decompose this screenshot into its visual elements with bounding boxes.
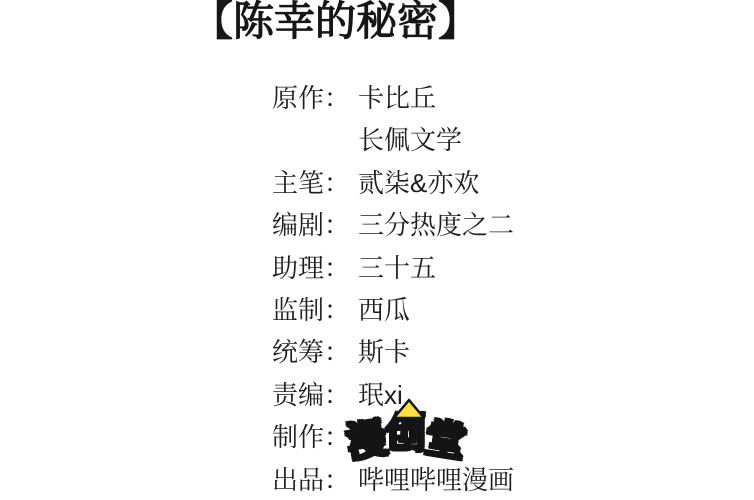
logo-roof-icon — [392, 398, 426, 420]
logo-text: 漫 创 堂 — [346, 415, 466, 457]
credit-value: 斯卡 — [358, 331, 410, 373]
colon-separator: ： — [324, 204, 350, 246]
credit-value: 三十五 — [358, 247, 436, 289]
credit-label: 主笔 — [272, 162, 324, 204]
credit-label: 制作 — [272, 416, 324, 458]
credit-row-coordinator: 统筹： 斯卡 — [272, 331, 514, 373]
credit-row-screenwriter: 编剧： 三分热度之二 — [272, 204, 514, 246]
page-title: 【陈幸的秘密】 — [192, 0, 479, 47]
colon-separator: ： — [324, 162, 350, 204]
credit-value: 卡比丘 长佩文学 — [358, 77, 462, 162]
credit-label: 统筹 — [272, 331, 324, 373]
comic-credits-page: 【陈幸的秘密】 原作： 卡比丘 长佩文学 主笔： 贰柒&亦欢 编剧： 三分热度之… — [0, 0, 754, 500]
credit-label: 助理 — [272, 247, 324, 289]
original-author-name: 卡比丘 — [358, 83, 436, 113]
credit-label: 原作 — [272, 77, 324, 119]
credit-label: 责编 — [272, 374, 324, 416]
logo-char: 堂 — [422, 417, 468, 465]
credits-list: 原作： 卡比丘 长佩文学 主笔： 贰柒&亦欢 编剧： 三分热度之二 助理： 三十… — [272, 77, 514, 500]
credit-row-original-author: 原作： 卡比丘 长佩文学 — [272, 77, 514, 162]
logo-char: 漫 — [344, 417, 390, 465]
credit-label: 编剧 — [272, 204, 324, 246]
credit-value: 三分热度之二 — [358, 204, 514, 246]
colon-separator: ： — [324, 331, 350, 373]
manchuangtang-studio-logo: 漫 创 堂 — [346, 403, 488, 465]
credit-label: 出品 — [272, 459, 324, 500]
credit-row-supervisor: 监制： 西瓜 — [272, 289, 514, 331]
credit-row-production: 制作： 漫 创 堂 — [272, 416, 514, 458]
colon-separator: ： — [324, 77, 350, 119]
original-publisher-name: 长佩文学 — [358, 119, 462, 161]
credit-row-lead-artist: 主笔： 贰柒&亦欢 — [272, 162, 514, 204]
credit-value: 西瓜 — [358, 289, 410, 331]
credit-row-assistant: 助理： 三十五 — [272, 247, 514, 289]
credit-value: 贰柒&亦欢 — [358, 162, 479, 204]
colon-separator: ： — [324, 289, 350, 331]
colon-separator: ： — [324, 247, 350, 289]
credit-label: 监制 — [272, 289, 324, 331]
